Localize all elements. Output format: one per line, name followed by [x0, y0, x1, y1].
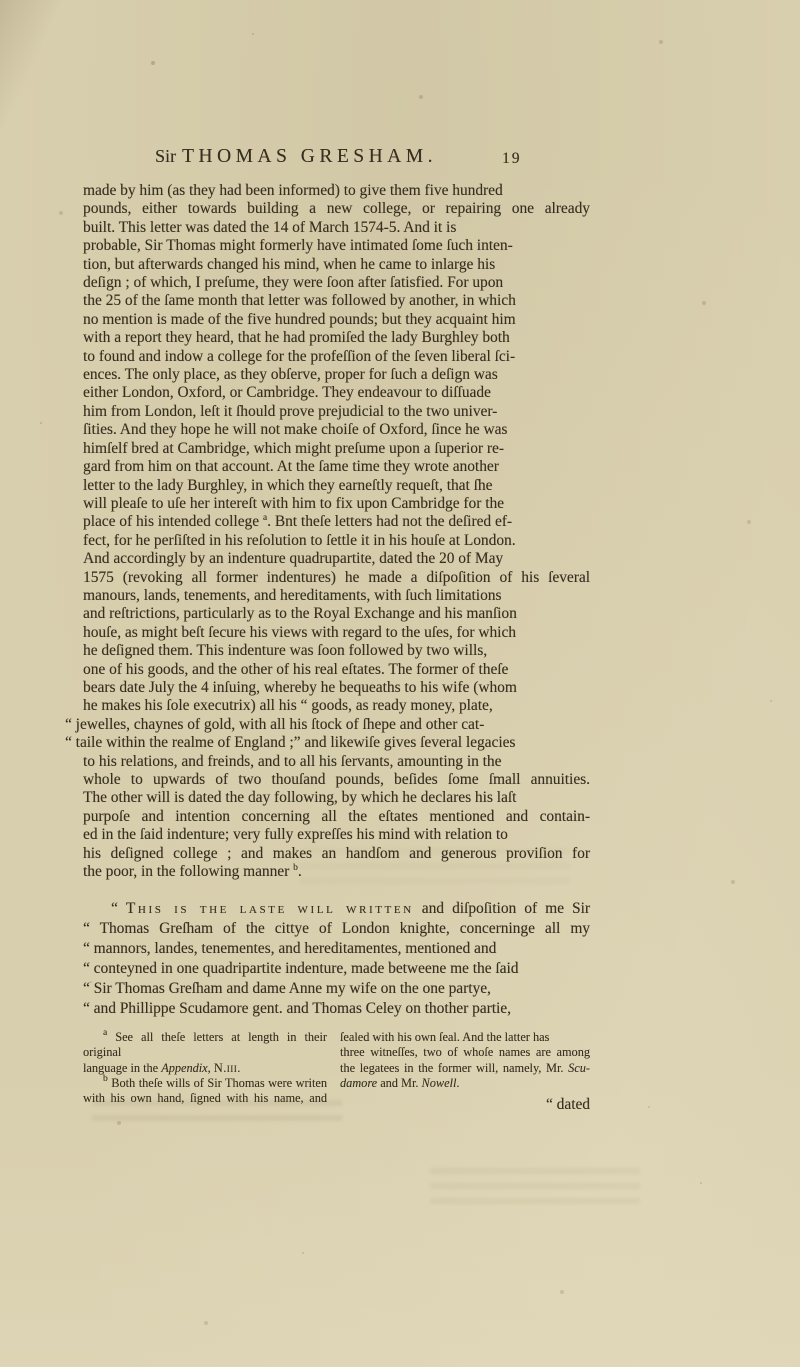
- text-line: whole to upwards of two thouſand pounds,…: [83, 771, 590, 789]
- running-title: SirTHOMAS GRESHAM.: [155, 146, 437, 168]
- text-line: tion, but afterwards changed his mind, w…: [83, 256, 590, 274]
- text-line: ences. The only place, as they obſerve, …: [83, 366, 590, 384]
- text-line: pounds, either towards building a new co…: [83, 200, 590, 218]
- text-line: a See all theſe letters at length in the…: [83, 1030, 327, 1061]
- text-line: “ mannors, landes, tenementes, and hered…: [83, 939, 590, 959]
- will-quote-block: “ This is the laste will written and diſ…: [83, 899, 590, 1018]
- text-line: letter to the lady Burghley, in which th…: [83, 477, 590, 495]
- text-line: 1575 (revoking all former indentures) he…: [83, 569, 590, 587]
- text-line: and reſtrictions, particularly as to the…: [83, 605, 590, 623]
- text-line: the 25 of the ſame month that letter was…: [83, 292, 590, 310]
- text-line: made by him (as they had been informed) …: [83, 182, 590, 200]
- text-line: “ taile within the realme of England ;” …: [83, 734, 590, 752]
- text-line: “ and Phillippe Scudamore gent. and Thom…: [83, 999, 590, 1019]
- text-line: him from London, leſt it ſhould prove pr…: [83, 403, 590, 421]
- text-line: “ Thomas Greſham of the cittye of London…: [83, 919, 590, 939]
- text-line: And accordingly by an indenture quadrupa…: [83, 550, 590, 568]
- text-line: to his relations, and freinds, and to al…: [83, 753, 590, 771]
- text-line: bears date July the 4 inſuing, whereby h…: [83, 679, 590, 697]
- text-line: three witneſſes, two of whoſe names are …: [340, 1045, 590, 1060]
- text-line: purpoſe and intention concerning all the…: [83, 808, 590, 826]
- footnote-column-right: ſealed with his own ſeal. And the latter…: [340, 1030, 590, 1106]
- foxing-speckles: [0, 0, 2, 2]
- text-line: he makes his ſole executrix) all his “ g…: [83, 697, 590, 715]
- text-line: fect, for he perſiſted in his reſolution…: [83, 532, 590, 550]
- text-line: he deſigned them. This indenture was ſoo…: [83, 642, 590, 660]
- running-title-prefix: Sir: [155, 146, 176, 166]
- footnotes: a See all theſe letters at length in the…: [83, 1030, 590, 1106]
- catchword: “ dated: [83, 1096, 590, 1114]
- text-line: manours, lands, tenements, and hereditam…: [83, 587, 590, 605]
- text-line: “ jewelles, chaynes of gold, with all hi…: [83, 716, 590, 734]
- text-line: houſe, as might beſt ſecure his views wi…: [83, 624, 590, 642]
- text-line: place of his intended college a. Bnt the…: [83, 513, 590, 531]
- page-header: SirTHOMAS GRESHAM. 19: [83, 146, 590, 172]
- text-line: to found and indow a college for the pro…: [83, 348, 590, 366]
- book-page: SirTHOMAS GRESHAM. 19 made by him (as th…: [0, 0, 800, 1367]
- text-line: ſities. And they hope he will not make c…: [83, 421, 590, 439]
- text-line: gard from him on that account. At the ſa…: [83, 458, 590, 476]
- text-line: with a report they heard, that he had pr…: [83, 329, 590, 347]
- text-line: probable, Sir Thomas might formerly have…: [83, 237, 590, 255]
- text-line: deſign ; of which, I preſume, they were …: [83, 274, 590, 292]
- running-title-name: THOMAS GRESHAM.: [182, 146, 437, 167]
- text-line: one of his goods, and the other of his r…: [83, 661, 590, 679]
- text-line: damore and Mr. Nowell.: [340, 1076, 590, 1091]
- text-line: the poor, in the following manner b.: [83, 863, 590, 881]
- page-number: 19: [502, 150, 522, 168]
- text-line: his deſigned college ; and makes an hand…: [83, 845, 590, 863]
- text-line: “ conteyned in one quadripartite indentu…: [83, 959, 590, 979]
- text-line: b Both theſe wills of Sir Thomas were wr…: [83, 1076, 327, 1091]
- show-through-ghost: [430, 1168, 640, 1210]
- footnote-column-left: a See all theſe letters at length in the…: [83, 1030, 327, 1106]
- text-line: ſealed with his own ſeal. And the latter…: [340, 1030, 590, 1045]
- text-line: “ This is the laste will written and diſ…: [83, 899, 590, 919]
- text-line: the legatees in the former will, namely,…: [340, 1061, 590, 1076]
- text-line: “ Sir Thomas Greſham and dame Anne my wi…: [83, 979, 590, 999]
- text-line: language in the Appendix, N.iii.: [83, 1061, 327, 1076]
- text-line: will pleaſe to uſe her intereſt with him…: [83, 495, 590, 513]
- text-line: The other will is dated the day followin…: [83, 789, 590, 807]
- body-text: made by him (as they had been informed) …: [83, 182, 590, 881]
- text-line: ed in the ſaid indenture; very fully exp…: [83, 826, 590, 844]
- text-line: no mention is made of the five hundred p…: [83, 311, 590, 329]
- text-line: built. This letter was dated the 14 of M…: [83, 219, 590, 237]
- text-line: either London, Oxford, or Cambridge. The…: [83, 384, 590, 402]
- text-line: himſelf bred at Cambridge, which might p…: [83, 440, 590, 458]
